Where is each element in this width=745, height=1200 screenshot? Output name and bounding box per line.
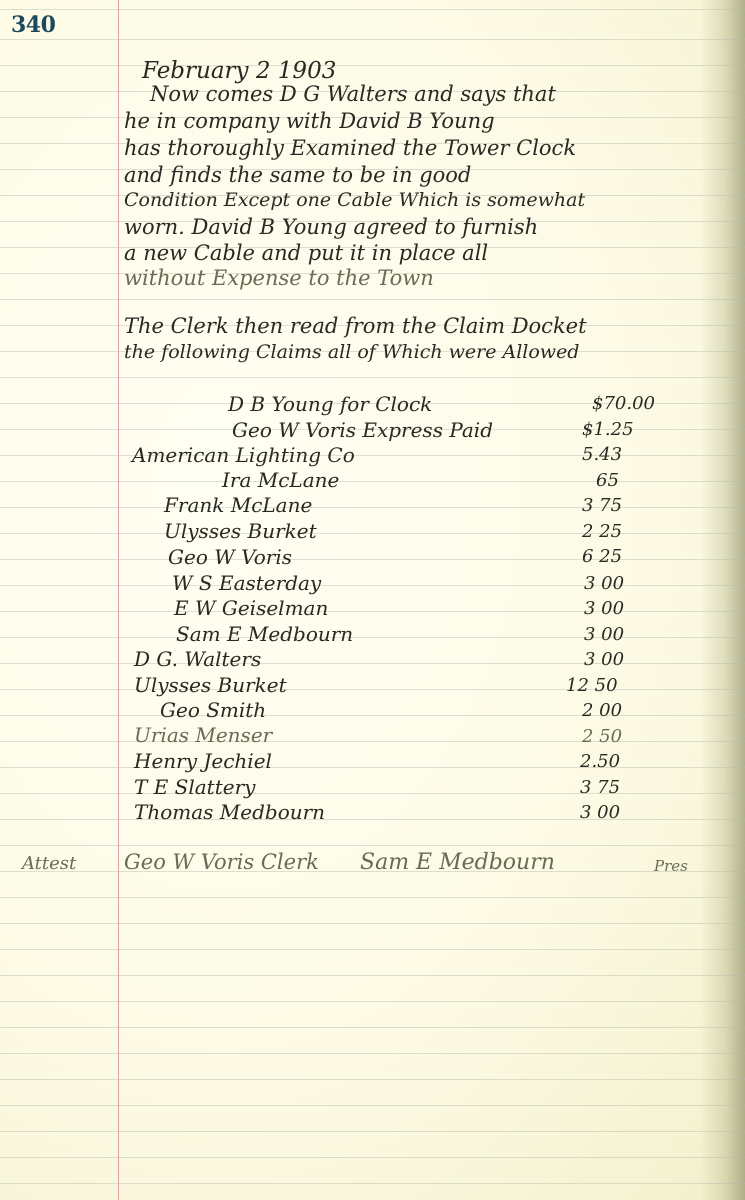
minutes-line: a new Cable and put it in place all [124,241,488,265]
claim-amount: 2 00 [582,700,622,721]
claims-intro-line: The Clerk then read from the Claim Docke… [124,314,587,338]
claim-name: W S Easterday [172,571,321,595]
page-number: 340 [11,12,55,38]
minutes-line: without Expense to the Town [124,266,434,290]
claim-name: Geo W Voris [168,545,292,569]
claim-amount: 3 00 [584,649,624,670]
claim-amount: 5.43 [582,444,622,465]
minutes-line: he in company with David B Young [124,109,495,133]
president-signature: Sam E Medbourn [360,850,555,875]
claim-amount: 12 50 [566,675,618,696]
margin-line [118,0,119,1200]
claim-amount: $1.25 [582,419,634,440]
claims-intro-line: the following Claims all of Which were A… [124,341,579,363]
claim-amount: 3 00 [584,624,624,645]
claim-amount: $70.00 [592,393,655,414]
claim-amount: 3 00 [584,598,624,619]
claim-name: E W Geiselman [174,596,328,620]
minutes-line: Condition Except one Cable Which is some… [124,189,585,211]
claim-amount: 2 25 [582,521,622,542]
entry-date: February 2 1903 [142,58,336,84]
minutes-line: and finds the same to be in good [124,163,471,187]
claim-amount: 65 [596,470,619,491]
attest-label: Attest [22,853,76,874]
claim-amount: 2 50 [582,726,622,747]
claim-name: Geo W Voris Express Paid [232,418,493,442]
claim-amount: 2.50 [580,751,620,772]
ledger-page: 340 February 2 1903 Now comes D G Walter… [0,0,745,1200]
claim-name: T E Slattery [134,775,255,799]
claim-amount: 3 00 [580,802,620,823]
claim-name: Sam E Medbourn [176,622,353,646]
claim-name: Ulysses Burket [164,519,317,543]
claim-name: American Lighting Co [132,443,355,467]
claim-name: D G. Walters [134,647,261,671]
claim-name: Thomas Medbourn [134,800,325,824]
claim-amount: 3 00 [584,573,624,594]
claim-name: Urias Menser [134,723,272,747]
minutes-line: Now comes D G Walters and says that [150,82,556,106]
claim-amount: 3 75 [582,495,622,516]
clerk-signature: Geo W Voris Clerk [124,850,319,874]
minutes-line: worn. David B Young agreed to furnish [124,215,538,239]
claim-name: Henry Jechiel [134,749,272,773]
minutes-line: has thoroughly Examined the Tower Clock [124,136,576,160]
claim-name: Ulysses Burket [134,673,287,697]
claim-amount: 6 25 [582,546,622,567]
claim-name: Geo Smith [160,698,266,722]
claim-name: D B Young for Clock [228,392,432,416]
president-title: Pres [654,857,688,875]
claim-name: Frank McLane [164,493,312,517]
claim-amount: 3 75 [580,777,620,798]
claim-name: Ira McLane [222,468,339,492]
